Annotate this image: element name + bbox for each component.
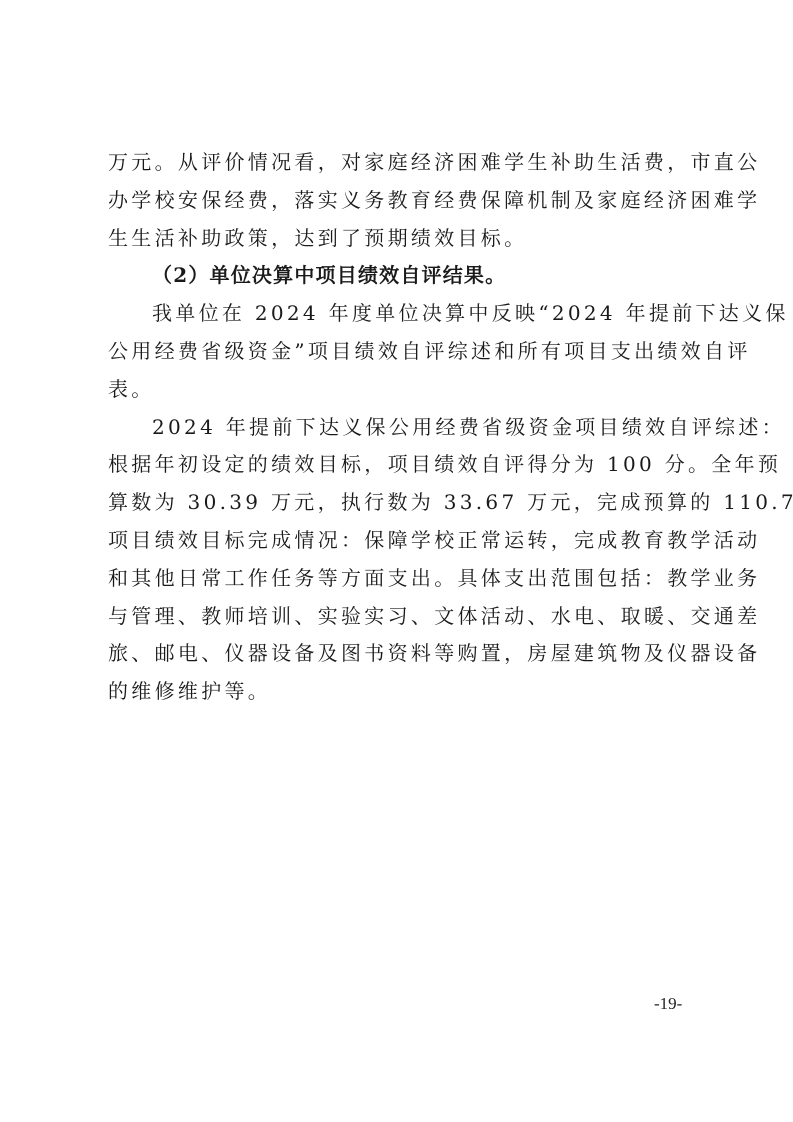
- text-line: 和其他日常工作任务等方面支出。具体支出范围包括：教学业务: [108, 560, 694, 598]
- paragraph-final-accounts: 我单位在 2024 年度单位决算中反映“2024 年提前下达义保 公用经费省级资…: [108, 295, 694, 408]
- text-line: 公用经费省级资金”项目绩效自评综述和所有项目支出绩效自评: [108, 333, 694, 371]
- text-line: 根据年初设定的绩效目标，项目绩效自评得分为 100 分。全年预: [108, 446, 694, 484]
- text-line: 的维修维护等。: [108, 673, 694, 711]
- text-line: 算数为 30.39 万元，执行数为 33.67 万元，完成预算的 110.7%。: [108, 484, 694, 522]
- document-page: 万元。从评价情况看，对家庭经济困难学生补助生活费，市直公 办学校安保经费，落实义…: [108, 144, 694, 711]
- paragraph-evaluation-summary: 万元。从评价情况看，对家庭经济困难学生补助生活费，市直公 办学校安保经费，落实义…: [108, 144, 694, 257]
- text-line: 旅、邮电、仪器设备及图书资料等购置，房屋建筑物及仪器设备: [108, 635, 694, 673]
- text-line: 与管理、教师培训、实验实习、文体活动、水电、取暖、交通差: [108, 598, 694, 636]
- text-line: 万元。从评价情况看，对家庭经济困难学生补助生活费，市直公: [108, 144, 694, 182]
- text-line: 项目绩效目标完成情况：保障学校正常运转，完成教育教学活动: [108, 522, 694, 560]
- section-heading: （2）单位决算中项目绩效自评结果。: [108, 257, 694, 295]
- page-number: -19-: [654, 994, 682, 1014]
- text-line: 2024 年提前下达义保公用经费省级资金项目绩效自评综述：: [108, 409, 694, 447]
- text-line: 办学校安保经费，落实义务教育经费保障机制及家庭经济困难学: [108, 182, 694, 220]
- text-line: 生生活补助政策，达到了预期绩效目标。: [108, 220, 694, 258]
- text-line: 表。: [108, 371, 694, 409]
- paragraph-project-overview: 2024 年提前下达义保公用经费省级资金项目绩效自评综述： 根据年初设定的绩效目…: [108, 409, 694, 711]
- text-line: 我单位在 2024 年度单位决算中反映“2024 年提前下达义保: [108, 295, 694, 333]
